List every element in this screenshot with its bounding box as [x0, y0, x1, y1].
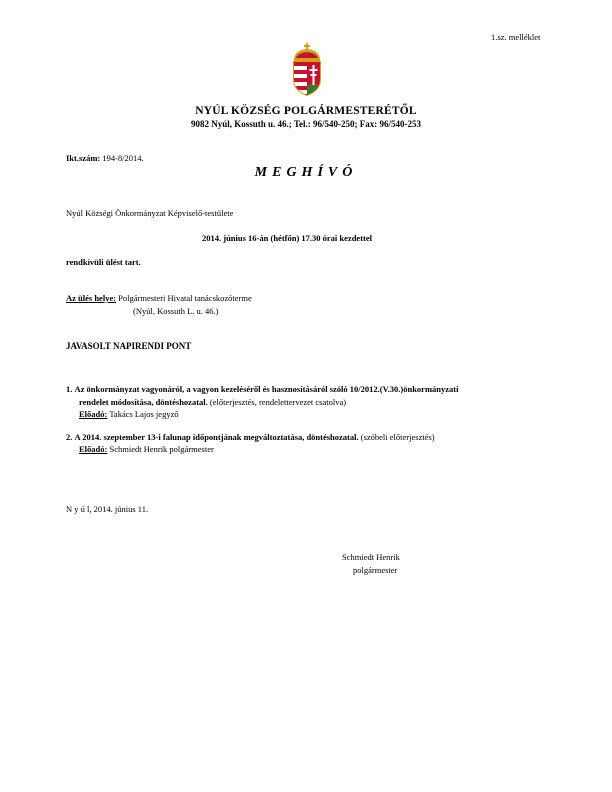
- presenter-name: Schmiedt Henrik polgármester: [109, 444, 213, 454]
- organization-title: NYÚL KÖZSÉG POLGÁRMESTERÉTŐL: [0, 105, 612, 117]
- organization-address: 9082 Nyúl, Kossuth u. 46.; Tel.: 96/540-…: [0, 119, 612, 129]
- place-and-date: N y ú l, 2014. június 11.: [66, 504, 148, 514]
- reference-value: 194-8/2014.: [102, 153, 143, 163]
- agenda-item-2: 2. A 2014. szeptember 13-i falunap időpo…: [66, 432, 435, 442]
- agenda-item-number: 1.: [66, 384, 72, 394]
- presenter-name: Takács Lajos jegyző: [109, 409, 178, 419]
- agenda-item-title: A 2014. szeptember 13-i falunap időpontj…: [75, 432, 359, 442]
- agenda-item-title-cont: rendelet módosítása, döntéshozatal.: [79, 397, 208, 407]
- venue: Az ülés helye: Polgármesteri Hivatal tan…: [66, 293, 252, 303]
- agenda-heading: JAVASOLT NAPIRENDI PONT: [66, 341, 191, 351]
- agenda-item-2-presenter: Előadó: Schmiedt Henrik polgármester: [79, 444, 214, 454]
- annex-label: 1.sz. melléklet: [491, 32, 540, 42]
- venue-line-1: Polgármesteri Hivatal tanácskozóterme: [118, 293, 252, 303]
- agenda-item-number: 2.: [66, 432, 72, 442]
- reference-label: Ikt.szám:: [66, 153, 100, 163]
- venue-line-2: (Nyúl, Kossuth L. u. 46.): [133, 306, 218, 316]
- agenda-item-1-line-2: rendelet módosítása, döntéshozatal. (elő…: [79, 397, 346, 407]
- presenter-label: Előadó:: [79, 444, 107, 454]
- body-line-datetime: 2014. június 16-án (hétfőn) 17.30 órai k…: [202, 233, 372, 243]
- agenda-item-title: Az önkormányzat vagyonáról, a vagyon kez…: [75, 384, 459, 394]
- presenter-label: Előadó:: [79, 409, 107, 419]
- agenda-item-1: 1. Az önkormányzat vagyonáról, a vagyon …: [66, 384, 458, 394]
- coat-of-arms-icon: [289, 43, 325, 97]
- reference-number: Ikt.szám: 194-8/2014.: [66, 153, 144, 163]
- agenda-item-1-presenter: Előadó: Takács Lajos jegyző: [79, 409, 179, 419]
- body-line-assembly: Nyúl Községi Önkormányzat Képviselő-test…: [66, 208, 233, 218]
- document-title: MEGHÍVÓ: [0, 165, 612, 181]
- agenda-item-note: (előterjesztés, rendelettervezet csatolv…: [210, 397, 346, 407]
- signatory-name: Schmiedt Henrik: [342, 552, 400, 562]
- body-line-session: rendkívüli ülést tart.: [66, 257, 141, 267]
- venue-label: Az ülés helye:: [66, 293, 116, 303]
- signatory-title: polgármester: [353, 565, 397, 575]
- agenda-item-note: (szóbeli előterjesztés): [361, 432, 435, 442]
